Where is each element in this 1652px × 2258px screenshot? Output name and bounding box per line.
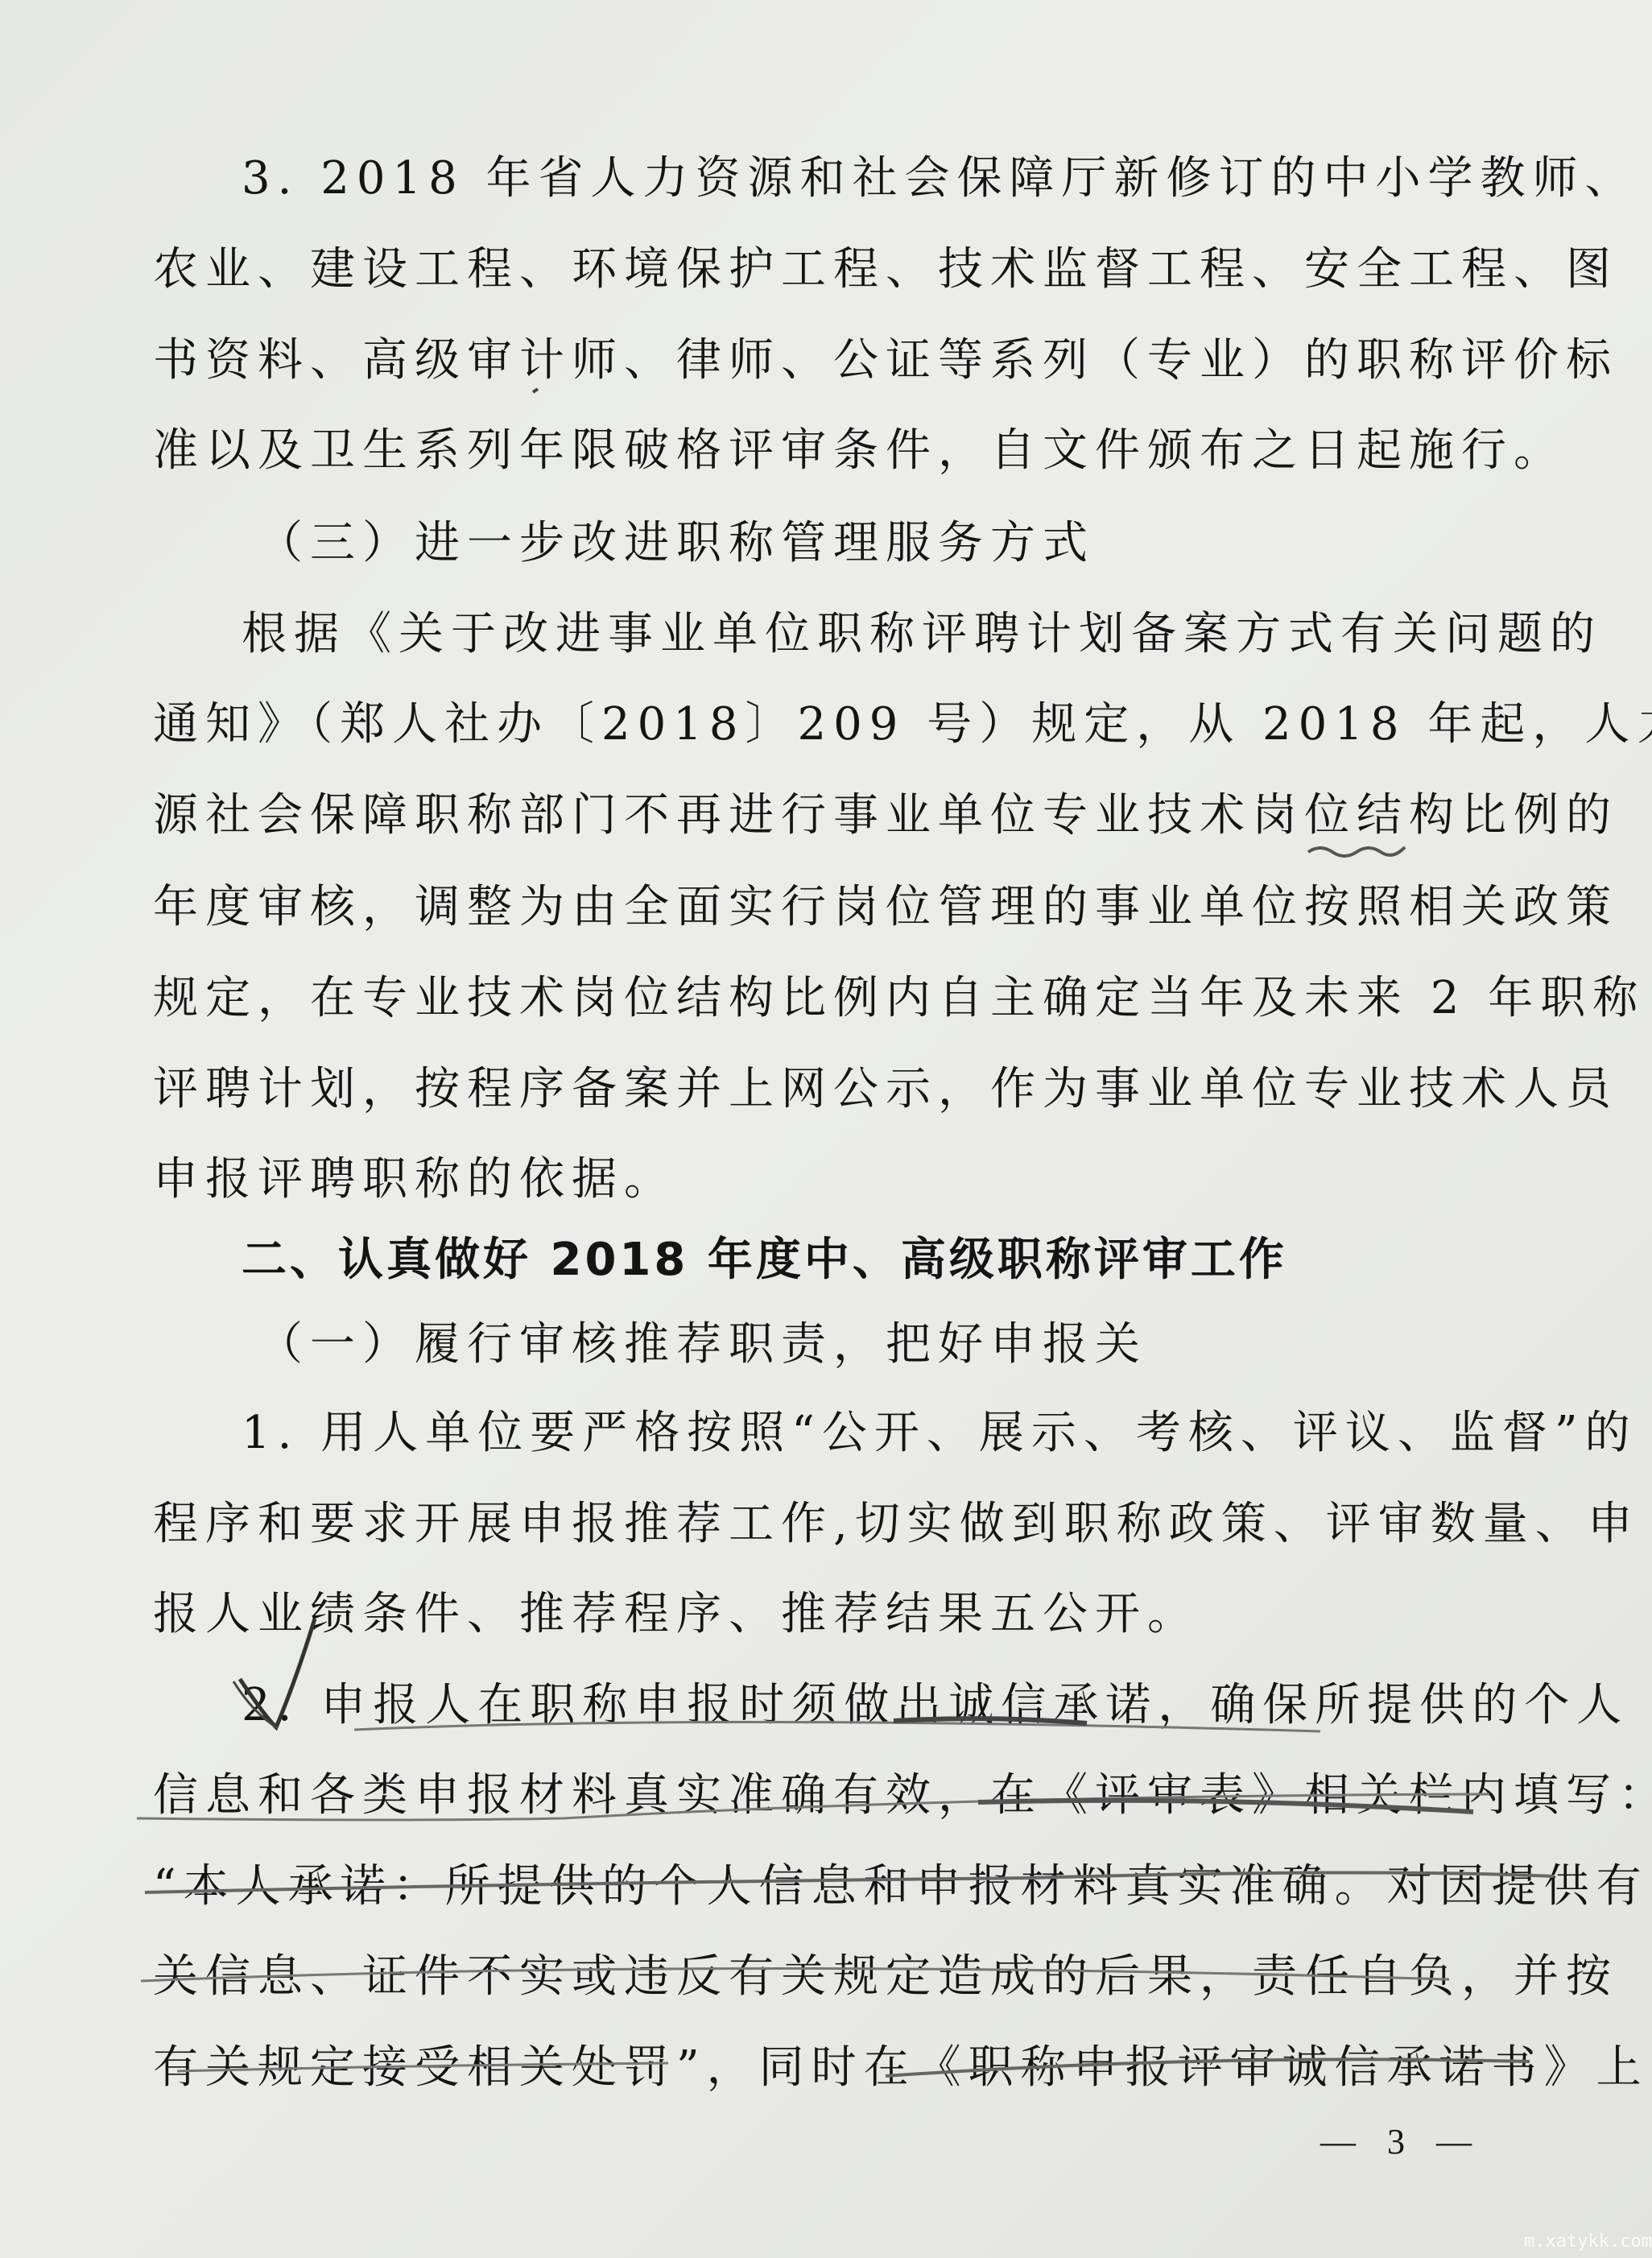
paragraph-line: 报人业绩条件、推荐程序、推荐结果五公开。 xyxy=(153,1582,1522,1647)
paragraph-line: 2. 申报人在职称申报时须做出诚信承诺，确保所提供的个人 xyxy=(242,1673,1610,1738)
paragraph-line: 申报评聘职称的依据。 xyxy=(153,1148,1522,1212)
paragraph-line: 书资料、高级审计师、律师、公证等系列（专业）的职称评价标 xyxy=(153,329,1522,393)
paragraph-line: 年度审核，调整为由全面实行岗位管理的事业单位按照相关政策 xyxy=(153,875,1522,940)
paragraph-line: 1. 用人单位要严格按照“公开、展示、考核、评议、监督”的 xyxy=(242,1401,1610,1466)
section-subheading: （一）履行审核推荐职责，把好申报关 xyxy=(258,1313,1626,1377)
wavy-underline-mark xyxy=(1308,847,1405,856)
paragraph-line: 信息和各类申报材料真实准确有效，在《评审表》相关栏内填写： xyxy=(153,1764,1522,1828)
paragraph-line: 根据《关于改进事业单位职称评聘计划备案方式有关问题的 xyxy=(242,602,1610,667)
watermark: m.xatykk.com xyxy=(1524,2231,1652,2252)
section-heading: 二、认真做好 2018 年度中、高级职称评审工作 xyxy=(242,1228,1610,1292)
paragraph-line: 3. 2018 年省人力资源和社会保障厅新修订的中小学教师、 xyxy=(242,147,1610,211)
paragraph-line: 准以及卫生系列年限破格评审条件，自文件颁布之日起施行。 xyxy=(153,419,1522,483)
paragraph-line: 通知》（郑人社办〔2018〕209 号）规定，从 2018 年起，人力资 xyxy=(153,693,1522,757)
paragraph-line: 规定，在专业技术岗位结构比例内自主确定当年及未来 2 年职称 xyxy=(153,966,1522,1031)
paragraph-line: 程序和要求开展申报推荐工作,切实做到职称政策、评审数量、申 xyxy=(153,1492,1522,1557)
paragraph-line: 源社会保障职称部门不再进行事业单位专业技术岗位结构比例的 xyxy=(153,784,1522,848)
page-number: — 3 — xyxy=(1320,2118,1483,2166)
paragraph-line: 关信息、证件不实或违反有关规定造成的后果，责任自负，并按 xyxy=(153,1945,1522,2009)
document-page: 3. 2018 年省人力资源和社会保障厅新修订的中小学教师、 农业、建设工程、环… xyxy=(0,0,1652,2258)
paragraph-line: 有关规定接受相关处罚”，同时在《职称申报评审诚信承诺书》上 xyxy=(153,2036,1522,2100)
paragraph-line: “本人承诺：所提供的个人信息和申报材料真实准确。对因提供有 xyxy=(153,1855,1522,1919)
section-subheading: （三）进一步改进职称管理服务方式 xyxy=(258,511,1626,576)
paragraph-line: 农业、建设工程、环境保护工程、技术监督工程、安全工程、图 xyxy=(153,238,1522,302)
paragraph-line: 评聘计划，按程序备案并上网公示，作为事业单位专业技术人员 xyxy=(153,1057,1522,1122)
